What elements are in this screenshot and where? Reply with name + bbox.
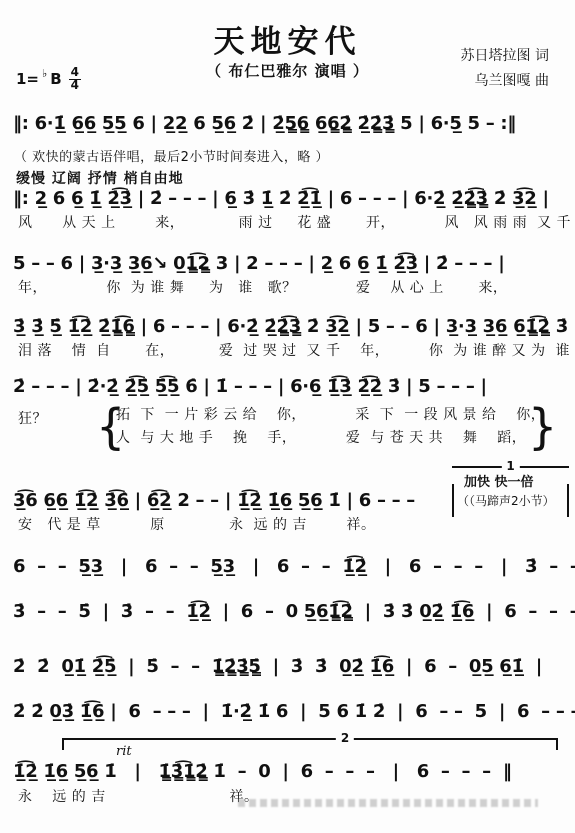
lyrics-line-4: 泪 落 情 自 在， 爱 过 哭 过 又 千 年， 你 为 谁 醉 又 为 谁 <box>18 340 575 360</box>
lyricist-credit: 苏日塔拉图 词 <box>461 44 549 69</box>
notes-line-3: 5 – – 6 | 3̲·3̲ 3̲6̲↘ 0̲1̳͡2̳ 3 | 2 – – … <box>13 250 573 277</box>
faded-footer-text <box>238 799 538 807</box>
notes-line-final: 1̲̇͡2̲̇ 1̲̇6̲ 5̲6̲ 1̇ | 1̳̇3̳̇͡1̳̇2̳̇ 1̇… <box>13 758 573 785</box>
notes-line-5: 2̇ – – – | 2̇·2̲̇ 2̲̇͡5̲̇ 5̲̇͡5̲̇ 6̇ | 1… <box>13 373 573 400</box>
close-brace: } <box>528 398 557 455</box>
lyrics-line-3: 年， 你 为 谁 舞 为 谁 歌？ 爱 从 心 上 来， <box>18 277 575 297</box>
notes-line-10: 2̇ 2̇ 0̲3̲̇ 1̲̇͡6̲ | 6 – – – | 1̇·2̲̇ 1̇… <box>13 698 573 725</box>
second-ending-number: 2 <box>336 731 354 745</box>
chorus-lyrics-a: 拓 下 一 片 彩 云 给 你， 采 下 一 段 风 景 给 你， <box>116 404 575 424</box>
barline <box>452 484 454 517</box>
chorus-left-lyric: 狂？ <box>18 408 78 428</box>
credits: 苏日塔拉图 词 乌兰图嘎 曲 <box>461 44 549 93</box>
key-tonic: B <box>50 70 61 88</box>
lyrics-line-2: 风 从 天 上 来， 雨 过 花 盛 开， 风 风 雨 雨 又 千 <box>18 212 575 232</box>
barline <box>567 484 569 517</box>
notes-line-8: 3̇ – – 5̇ | 3̇ – – 1̲̇͡2̲̇ | 6 – 0 5̲6̲1… <box>13 598 573 625</box>
notes-line-intro: ‖: 6·1̲̇ 6̲6̲ 5̲5̲ 6 | 2̲2̲ 6 5̲6̲ 2̇ | … <box>13 110 573 137</box>
first-ending-bracket: 1 加快 快一倍 （（马蹄声2小节） <box>452 466 569 517</box>
intro-performance-note: （ 欢快的蒙古语伴唱，最后2小节时间奏进入，略 ） <box>14 146 329 165</box>
notes-line-7: 6 – – 5̲3̲ | 6 – – 5̲3̲ | 6 – – 1̲̇͡2̲̇ … <box>13 553 573 580</box>
key-prefix: 1= <box>16 70 39 88</box>
ritardando-marking: rit <box>116 744 132 759</box>
composer-credit: 乌兰图嘎 曲 <box>461 69 549 94</box>
notes-line-6: 3̲͡6 6̲6̲ 1̲̇͡2̲̇ 3̲̇͡6̲̇ | 6̲̇͡2̲̇ 2 – … <box>13 487 453 514</box>
second-ending-bracket: 2 <box>62 738 558 750</box>
chorus-lyrics-b: 人 与 大 地 手 挽 手， 爱 与 苍 天 共 舞 蹈， <box>116 427 575 447</box>
flat-sign-icon: ♭ <box>42 67 47 80</box>
notes-line-9: 2̇ 2̇ 0̲1̲̇ 2̲̇͡5̲̇ | 5̇ – – 1̳̇2̳̇3̳̇5̇… <box>13 653 573 680</box>
meter-denominator: 4 <box>71 78 79 92</box>
notes-line-4: 3̲̇ 3̲̇ 5̲̇ 1̲̇͡2̲̇ 2̲̇1̳̇͡6̳ | 6 – – – … <box>13 313 573 340</box>
key-signature: 1=♭B 4 4 <box>16 66 81 91</box>
speed-up-marking: 加快 快一倍 <box>464 471 534 490</box>
hoofbeat-note: （（马蹄声2小节） <box>457 492 555 509</box>
notes-line-2: ‖: 2̲ 6 6̲ 1̲̇ 2̲̇͡3̲̇ | 2̇ – – – | 6̲ 3… <box>13 185 573 212</box>
lyrics-line-6: 安 代 是 草 原 永 远 的 吉 祥。 <box>18 514 575 534</box>
time-signature: 4 4 <box>69 66 81 91</box>
